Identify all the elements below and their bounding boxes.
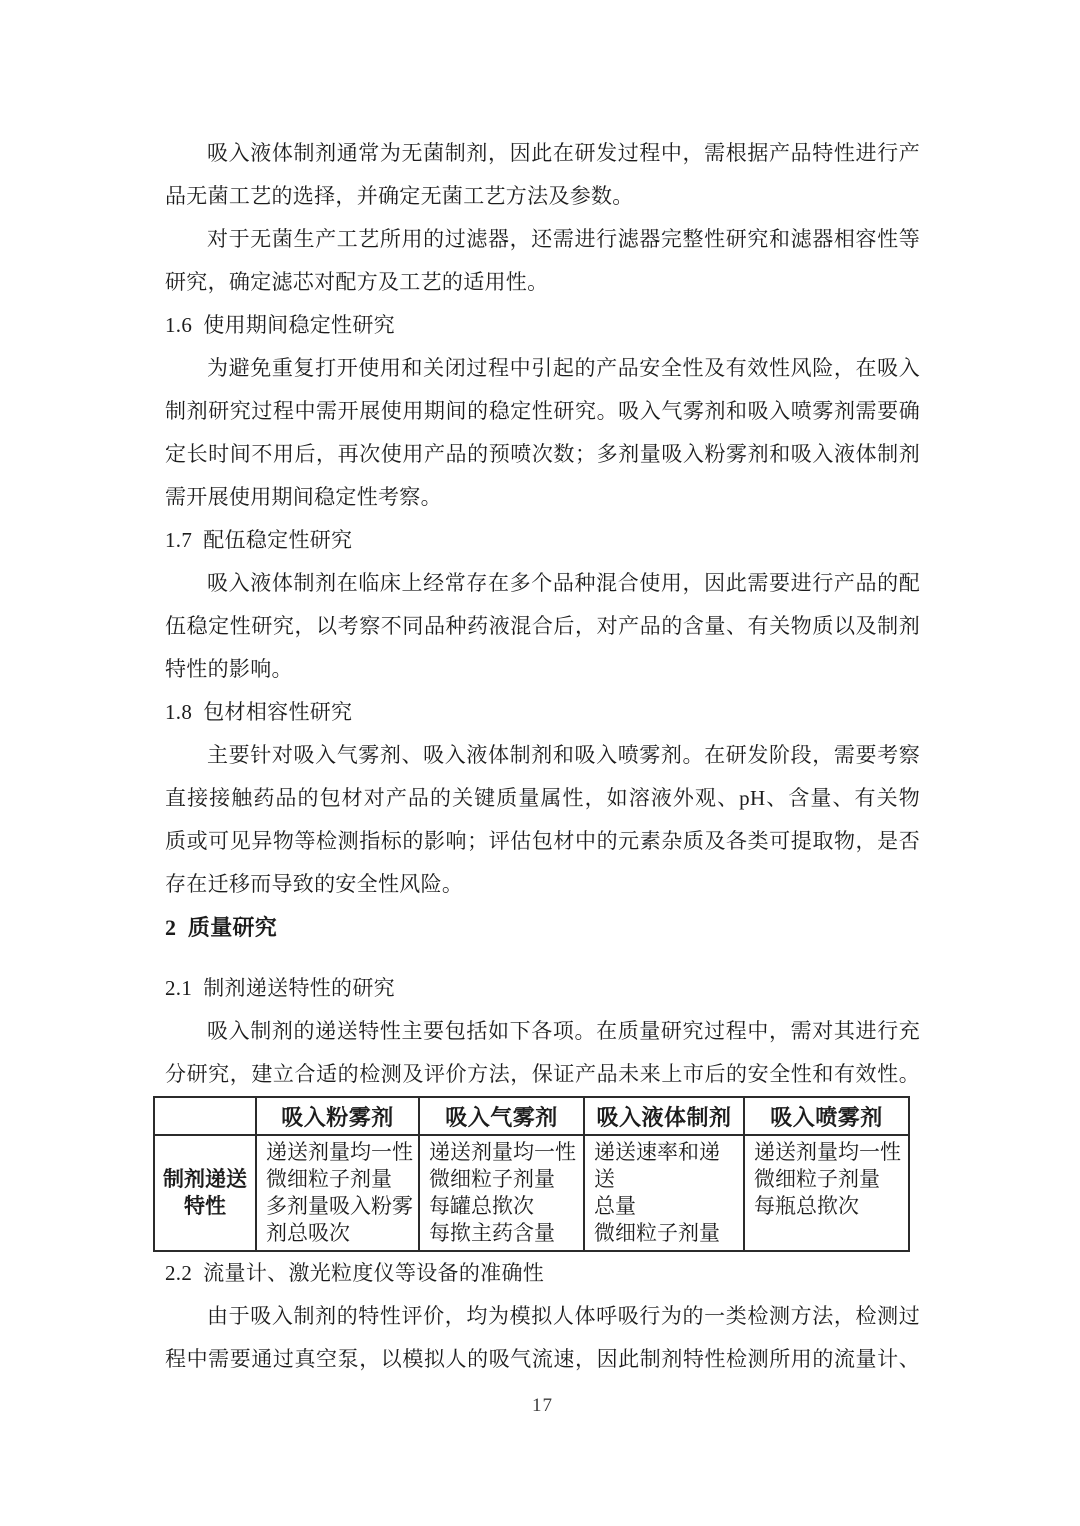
paragraph-line: 定长时间不用后，再次使用产品的预喷次数；多剂量吸入粉雾剂和吸入液体制剂 — [165, 433, 920, 476]
paragraph-line: 研究，确定滤芯对配方及工艺的适用性。 — [165, 261, 920, 304]
section-heading-1-7: 1.7 配伍稳定性研究 — [165, 519, 920, 562]
cell-line: 微细粒子剂量 — [429, 1166, 580, 1193]
paragraph-line: 由于吸入制剂的特性评价，均为模拟人体呼吸行为的一类检测方法，检测过 — [165, 1295, 920, 1338]
paragraph-line: 程中需要通过真空泵，以模拟人的吸气流速，因此制剂特性检测所用的流量计、 — [165, 1338, 920, 1381]
table-cell-spray: 递送剂量均一性 微细粒子剂量 每瓶总揿次 — [744, 1135, 909, 1251]
cell-line: 每瓶总揿次 — [754, 1193, 905, 1220]
table-row-label: 制剂递送 特性 — [154, 1135, 256, 1251]
row-label-line: 特性 — [155, 1193, 255, 1220]
table-header-liquid: 吸入液体制剂 — [584, 1097, 744, 1135]
paragraph-line: 吸入制剂的递送特性主要包括如下各项。在质量研究过程中，需对其进行充 — [165, 1010, 920, 1053]
page-number: 17 — [165, 1395, 920, 1417]
paragraph-line: 分研究，建立合适的检测及评价方法，保证产品未来上市后的安全性和有效性。 — [165, 1053, 920, 1096]
paragraph-line: 需开展使用期间稳定性考察。 — [165, 476, 920, 519]
paragraph-line: 直接接触药品的包材对产品的关键质量属性，如溶液外观、pH、含量、有关物 — [165, 777, 920, 820]
cell-line: 递送速率和递送 — [594, 1139, 740, 1193]
document-page: 吸入液体制剂通常为无菌制剂，因此在研发过程中，需根据产品特性进行产 品无菌工艺的… — [165, 0, 920, 1417]
paragraph-line: 吸入液体制剂通常为无菌制剂，因此在研发过程中，需根据产品特性进行产 — [165, 132, 920, 175]
paragraph-line: 质或可见异物等检测指标的影响；评估包材中的元素杂质及各类可提取物，是否 — [165, 820, 920, 863]
cell-line: 微细粒子剂量 — [266, 1166, 415, 1193]
table-header-powder: 吸入粉雾剂 — [256, 1097, 419, 1135]
delivery-characteristics-table: 吸入粉雾剂 吸入气雾剂 吸入液体制剂 吸入喷雾剂 制剂递送 特性 递送剂量均一性… — [153, 1096, 910, 1252]
paragraph-line: 品无菌工艺的选择，并确定无菌工艺方法及参数。 — [165, 175, 920, 218]
section-heading-1-8: 1.8 包材相容性研究 — [165, 691, 920, 734]
cell-line: 递送剂量均一性 — [754, 1139, 905, 1166]
chapter-heading-2: 2 质量研究 — [165, 906, 920, 949]
cell-line: 递送剂量均一性 — [266, 1139, 415, 1166]
table-header-aerosol: 吸入气雾剂 — [419, 1097, 584, 1135]
paragraph-line: 为避免重复打开使用和关闭过程中引起的产品安全性及有效性风险，在吸入 — [165, 347, 920, 390]
cell-line: 多剂量吸入粉雾 — [266, 1193, 415, 1220]
table-cell-powder: 递送剂量均一性 微细粒子剂量 多剂量吸入粉雾 剂总吸次 — [256, 1135, 419, 1251]
row-label-line: 制剂递送 — [155, 1166, 255, 1193]
section-heading-2-2: 2.2 流量计、激光粒度仪等设备的准确性 — [165, 1252, 920, 1295]
cell-line: 剂总吸次 — [266, 1220, 415, 1247]
paragraph-line: 存在迁移而导致的安全性风险。 — [165, 863, 920, 906]
table-header-row: 吸入粉雾剂 吸入气雾剂 吸入液体制剂 吸入喷雾剂 — [154, 1097, 909, 1135]
cell-line: 递送剂量均一性 — [429, 1139, 580, 1166]
table-cell-aerosol: 递送剂量均一性 微细粒子剂量 每罐总揿次 每揿主药含量 — [419, 1135, 584, 1251]
table-row: 制剂递送 特性 递送剂量均一性 微细粒子剂量 多剂量吸入粉雾 剂总吸次 递送剂量… — [154, 1135, 909, 1251]
cell-line: 微细粒子剂量 — [594, 1220, 740, 1247]
paragraph-line: 对于无菌生产工艺所用的过滤器，还需进行滤器完整性研究和滤器相容性等 — [165, 218, 920, 261]
table-header-spray: 吸入喷雾剂 — [744, 1097, 909, 1135]
cell-line: 总量 — [594, 1193, 740, 1220]
paragraph-line: 主要针对吸入气雾剂、吸入液体制剂和吸入喷雾剂。在研发阶段，需要考察 — [165, 734, 920, 777]
paragraph-line: 伍稳定性研究，以考察不同品种药液混合后，对产品的含量、有关物质以及制剂 — [165, 605, 920, 648]
table-cell-liquid: 递送速率和递送 总量 微细粒子剂量 — [584, 1135, 744, 1251]
section-heading-1-6: 1.6 使用期间稳定性研究 — [165, 304, 920, 347]
cell-line: 每罐总揿次 — [429, 1193, 580, 1220]
table-header-empty — [154, 1097, 256, 1135]
cell-line: 微细粒子剂量 — [754, 1166, 905, 1193]
cell-line: 每揿主药含量 — [429, 1220, 580, 1247]
paragraph-line: 吸入液体制剂在临床上经常存在多个品种混合使用，因此需要进行产品的配 — [165, 562, 920, 605]
section-heading-2-1: 2.1 制剂递送特性的研究 — [165, 967, 920, 1010]
paragraph-line: 特性的影响。 — [165, 648, 920, 691]
paragraph-line: 制剂研究过程中需开展使用期间的稳定性研究。吸入气雾剂和吸入喷雾剂需要确 — [165, 390, 920, 433]
